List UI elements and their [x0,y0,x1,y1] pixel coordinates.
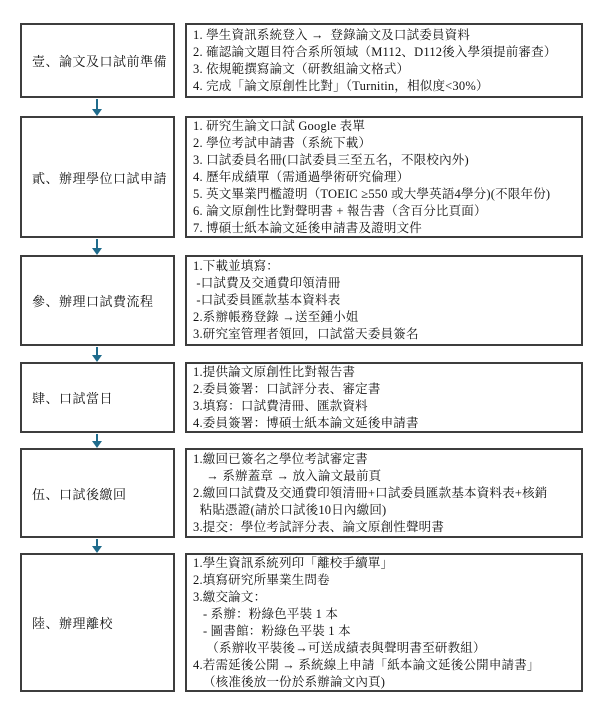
detail-line: 3.繳交論文： [193,589,579,606]
step-4-details: 1.提供論文原創性比對報告書2.委員簽署：口試評分表、審定書3.填寫：口試費清冊… [185,362,583,433]
step-3-label: 參、辦理口試費流程 [32,291,154,310]
detail-line: 5. 英文畢業門檻證明（TOEIC ≥550 或大學英語4學分)(不限年份) [193,186,579,203]
step-4-label-box: 肆、口試當日 [20,362,175,433]
detail-line: 1. 學生資訊系統登入 → 登錄論文及口試委員資料 [193,27,579,44]
step-1-label-box: 壹、論文及口試前準備 [20,23,175,98]
detail-line: 4.若需延後公開 → 系統線上申請「紙本論文延後公開申請書」 [193,657,579,674]
detail-line: 3.填寫：口試費清冊、匯款資料 [193,398,579,415]
detail-line: 1. 研究生論文口試 Google 表單 [193,118,579,135]
down-arrow-icon [90,239,104,255]
detail-line: 4.委員簽署：博碩士紙本論文延後申請書 [193,415,579,432]
step-6-label-box: 陸、辦理離校 [20,553,175,692]
detail-line: 2.繳回口試費及交通費印領清冊+口試委員匯款基本資料表+核銷 [193,485,579,502]
detail-line: 1.學生資訊系統列印「離校手續單」 [193,555,579,572]
down-arrow-icon [90,539,104,553]
arrow-head [92,248,102,255]
detail-line: -口試費及交通費印領清冊 [193,275,579,292]
detail-line: 3. 口試委員名冊(口試委員三至五名，不限校內外) [193,152,579,169]
step-3-label-box: 參、辦理口試費流程 [20,255,175,346]
flow-step-5: 伍、口試後繳回 1.繳回已簽名之學位考試審定書 → 系辦蓋章 → 放入論文最前頁… [0,448,600,538]
arrow-head [92,546,102,553]
step-2-label-box: 貳、辦理學位口試申請 [20,116,175,238]
detail-line: 4. 完成「論文原創性比對」（Turnitin，相似度<30%） [193,78,579,95]
detail-line: 2.系辦帳務登錄 →送至鍾小姐 [193,309,579,326]
step-5-details: 1.繳回已簽名之學位考試審定書 → 系辦蓋章 → 放入論文最前頁2.繳回口試費及… [185,448,583,538]
step-1-details: 1. 學生資訊系統登入 → 登錄論文及口試委員資料2. 確認論文題目符合系所領域… [185,23,583,98]
step-2-label: 貳、辦理學位口試申請 [32,168,167,187]
detail-line: 3.提交：學位考試評分表、論文原創性聲明書 [193,519,579,536]
detail-line: -口試委員匯款基本資料表 [193,292,579,309]
detail-line: 3. 依規範撰寫論文（研教組論文格式） [193,61,579,78]
flow-step-3: 參、辦理口試費流程 1.下載並填寫： -口試費及交通費印領清冊 -口試委員匯款基… [0,255,600,346]
detail-line: 2.填寫研究所畢業生問卷 [193,572,579,589]
detail-line: 6. 論文原創性比對聲明書 + 報告書（含百分比頁面） [193,203,579,220]
flow-step-4: 肆、口試當日 1.提供論文原創性比對報告書2.委員簽署：口試評分表、審定書3.填… [0,362,600,433]
step-3-details: 1.下載並填寫： -口試費及交通費印領清冊 -口試委員匯款基本資料表2.系辦帳務… [185,255,583,346]
arrow-head [92,109,102,116]
flow-step-1: 壹、論文及口試前準備 1. 學生資訊系統登入 → 登錄論文及口試委員資料2. 確… [0,23,600,98]
detail-line: 粘貼憑證(請於口試後10日內繳回) [193,502,579,519]
detail-line: 1.繳回已簽名之學位考試審定書 [193,451,579,468]
flow-step-6: 陸、辦理離校 1.學生資訊系統列印「離校手續單」2.填寫研究所畢業生問卷3.繳交… [0,553,600,692]
down-arrow-icon [90,434,104,448]
detail-line: 4. 歷年成績單（需通過學術研究倫理） [193,169,579,186]
down-arrow-icon [90,347,104,362]
detail-line: - 系辦：粉綠色平裝 1 本 [193,606,579,623]
down-arrow-icon [90,99,104,116]
step-6-details: 1.學生資訊系統列印「離校手續單」2.填寫研究所畢業生問卷3.繳交論文： - 系… [185,553,583,692]
detail-line: （核准後放一份於系辦論文內頁) [193,674,579,691]
detail-line: 2.委員簽署：口試評分表、審定書 [193,381,579,398]
step-6-label: 陸、辦理離校 [32,613,113,632]
flow-step-2: 貳、辦理學位口試申請 1. 研究生論文口試 Google 表單2. 學位考試申請… [0,116,600,238]
detail-line: 1.提供論文原創性比對報告書 [193,364,579,381]
step-4-label: 肆、口試當日 [32,388,113,407]
step-2-details: 1. 研究生論文口試 Google 表單2. 學位考試申請書（系統下載）3. 口… [185,116,583,238]
detail-line: （系辦收平裝後→可送成績表與聲明書至研教組） [193,640,579,657]
detail-line: - 圖書館：粉綠色平裝 1 本 [193,623,579,640]
detail-line: 1.下載並填寫： [193,258,579,275]
thesis-process-flowchart: 壹、論文及口試前準備 1. 學生資訊系統登入 → 登錄論文及口試委員資料2. 確… [0,0,600,720]
detail-line: 2. 確認論文題目符合系所領域（M112、D112後入學須提前審查） [193,44,579,61]
step-5-label-box: 伍、口試後繳回 [20,448,175,538]
detail-line: 2. 學位考試申請書（系統下載） [193,135,579,152]
step-1-label: 壹、論文及口試前準備 [32,51,167,70]
step-5-label: 伍、口試後繳回 [32,484,127,503]
detail-line: 7. 博碩士紙本論文延後申請書及證明文件 [193,220,579,237]
arrow-head [92,441,102,448]
detail-line: 3.研究室管理者領回，口試當天委員簽名 [193,326,579,343]
arrow-head [92,355,102,362]
detail-line: → 系辦蓋章 → 放入論文最前頁 [193,468,579,485]
